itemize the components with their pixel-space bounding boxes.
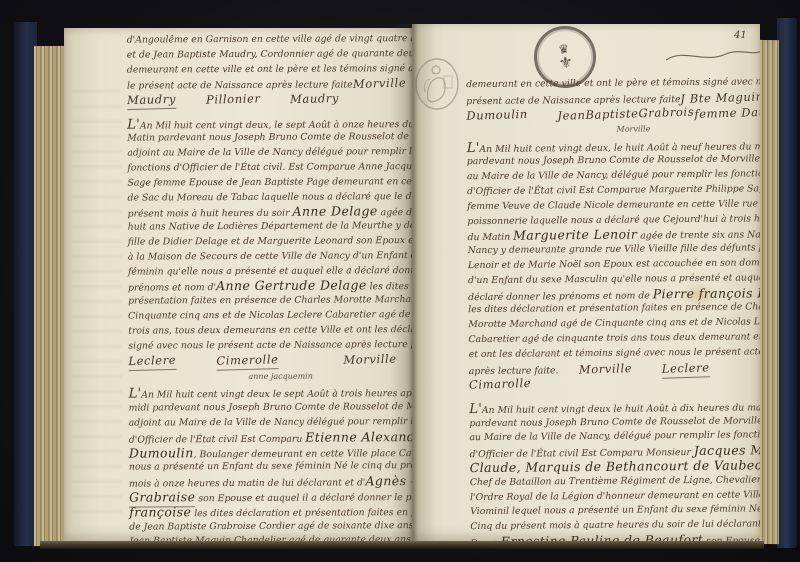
highlighted-name: Marguerite Lenoir [513, 228, 637, 244]
signature: Morville [352, 76, 406, 92]
signature: Cimarolle [469, 376, 532, 393]
signature: Morville [578, 361, 632, 377]
manuscript-line: midi pardevant nous Joseph Bruno Comte d… [129, 400, 409, 416]
text-segment: L' [129, 387, 142, 402]
book-bottom-edge [40, 541, 764, 549]
manuscript-line: de Jean Baptiste Grabroise Cordier agé d… [129, 519, 409, 535]
text-segment: son Epouse et auquel il a déclaré donner… [195, 491, 412, 507]
text-segment: L' [127, 117, 140, 132]
left-page-text: d'Angoulême en Garnison en cette ville a… [64, 28, 412, 543]
manuscript-line: présent mois à huit heures du soir Anne … [128, 205, 408, 221]
highlighted-name: Anne Gertrude Delage [216, 279, 367, 295]
signature: Morville [616, 122, 650, 137]
text-segment: fonctions d'Officier de l'État civil. Es… [127, 160, 412, 176]
manuscript-line: à la Maison de Secours de cette Ville de… [128, 249, 408, 265]
text-segment: Sage femme Epouse de Jean Baptiste Page … [127, 175, 412, 192]
text-segment: Cinquante cinq ans et de Nicolas Leclere… [128, 308, 412, 325]
manuscript-line: présentation faites en présence de Charl… [128, 293, 408, 309]
manuscript-line: d'Officier de l'État civil Est Comparu E… [129, 430, 409, 446]
text-segment: fille de Didier Delage et de Marguerite … [128, 234, 412, 251]
manuscript-line: demeurant en cette ville et ont le père … [127, 62, 407, 78]
text-segment: midi pardevant nous Joseph Bruno Comte d… [129, 400, 412, 416]
manuscript-line: présent acte de Naissance après lecture … [466, 90, 752, 108]
manuscript-line: le présent acte de Naissance après lectu… [127, 77, 407, 93]
manuscript-line: adjoint au Maire de la Ville de Nancy dé… [127, 145, 407, 161]
photograph-of-register: d'Angoulême en Garnison en cette ville a… [0, 0, 800, 562]
manuscript-line: et de Jean Baptiste Maudry, Cordonnier a… [127, 47, 407, 63]
highlighted-name: Etienne Alexandre — [305, 430, 412, 446]
highlighted-name: Pierre françois Lenoir, [653, 285, 760, 301]
manuscript-line: d'Angoulême en Garnison en cette ville a… [127, 32, 407, 48]
highlighted-name: Agnès — [365, 474, 412, 489]
signature: Cimerolle [216, 353, 279, 371]
signature: Leclere [662, 360, 710, 378]
highlighted-name: françoise [129, 505, 191, 520]
signature: Maudry [290, 91, 339, 107]
manuscript-line: L'An Mil huit cent vingt deux, le sept A… [127, 116, 407, 132]
text-segment: L' [467, 141, 480, 156]
text-segment: trois ans, tous deux demeurans en cette … [128, 323, 412, 340]
text-segment: et de Jean Baptiste Maudry, Cordonnier a… [127, 47, 412, 63]
page-edges-right [760, 40, 779, 544]
text-segment: à la Maison de Secours de cette Ville de… [128, 249, 412, 266]
text-segment: huit ans Native de Lodières Département … [128, 219, 412, 236]
manuscript-line: prénoms et nom d'Anne Gertrude Delage le… [128, 279, 408, 295]
manuscript-line: Grabraise son Epouse et auquel il a décl… [129, 489, 409, 505]
page-edges-left [34, 46, 67, 546]
text-segment: demeurant en cette ville et ont le père … [127, 61, 412, 78]
manuscript-line: françoise les dites déclaration et prése… [129, 504, 409, 520]
text-segment: Matin pardevant nous Joseph Bruno Comte … [127, 130, 412, 146]
manuscript-line: et ont les déclarant et témoins signé av… [469, 345, 755, 363]
signature: anne jacquemin [248, 370, 312, 385]
signature: femme Dauphin [694, 104, 760, 122]
manuscript-line: mois à onze heures du matin de lui décla… [129, 474, 409, 490]
manuscript-line: Dumoulin, Boulanger demeurant en cette V… [129, 445, 409, 461]
manuscript-line: Sage femme Epouse de Jean Baptiste Page … [127, 175, 407, 191]
signature: Maudry [127, 92, 176, 110]
right-page: ♛ ⚜ 41 demeurant en cette ville et ont l… [412, 24, 760, 543]
manuscript-line: fonctions d'Officier de l'État civil. Es… [127, 160, 407, 176]
manuscript-line: Cinquante cinq ans et de Nicolas Leclere… [128, 308, 408, 324]
manuscript-line: L'An Mil huit cent vingt deux le sept Ao… [129, 386, 409, 402]
highlighted-name: Anne Delage [292, 205, 377, 220]
text-segment: et ont les déclarant et témoins signé av… [469, 344, 760, 362]
manuscript-line: fille de Didier Delage et de Marguerite … [128, 234, 408, 250]
signature: Leclere [128, 353, 176, 371]
signature: Pillonier [206, 91, 261, 107]
book-cover-right [777, 18, 797, 548]
manuscript-line: Matin pardevant nous Joseph Bruno Comte … [127, 131, 407, 147]
left-page: d'Angoulême en Garnison en cette ville a… [64, 28, 412, 543]
signature: Morville [343, 352, 397, 368]
signature: Dumoulin [466, 107, 528, 124]
text-segment: adjoint au Maire de la Ville de Nancy dé… [127, 145, 412, 161]
text-segment: présentation faites en présence de Charl… [128, 293, 412, 310]
text-segment: d'Angoulême en Garnison en cette ville a… [127, 32, 412, 48]
text-segment: L' [469, 402, 482, 417]
manuscript-line: trois ans, tous deux demeurans en cette … [128, 323, 408, 339]
highlighted-name: Dumoulin [129, 446, 194, 461]
right-page-text: demeurant en cette ville et ont le père … [412, 24, 760, 543]
signature-row: LeclereCimerolleMorville [128, 353, 408, 371]
text-segment: de Jean Baptiste Grabroise Cordier agé d… [129, 519, 412, 535]
manuscript-line: huit ans Native de Lodières Département … [128, 219, 408, 235]
signature-row: anne jacquemin [128, 369, 408, 387]
